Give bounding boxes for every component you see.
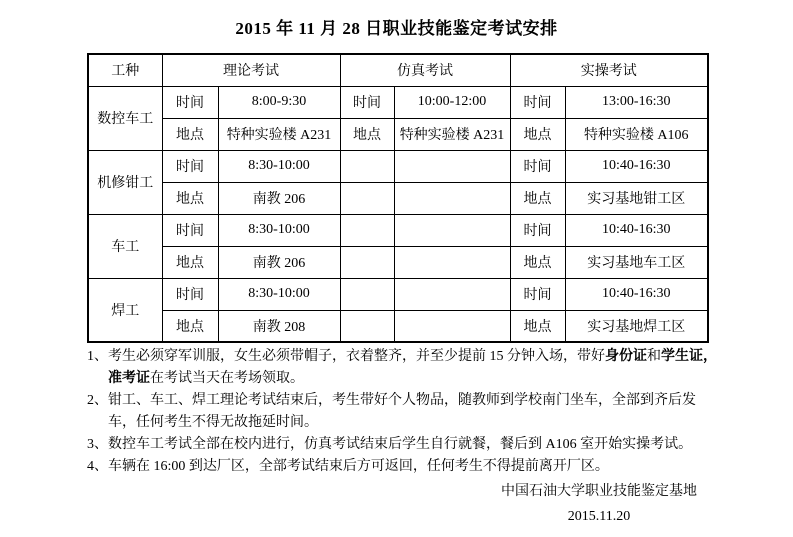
note-text: 和	[647, 349, 661, 364]
note-text: 在考试当天在考场领取。	[150, 371, 304, 386]
time-label: 时间	[340, 86, 394, 118]
exam-schedule-table: 工种 理论考试 仿真考试 实操考试 数控车工 时间 8:00-9:30 时间 1…	[87, 53, 709, 343]
practical-place-cell: 特种实验楼 A106	[565, 118, 708, 150]
header-practical-exam: 实操考试	[510, 54, 708, 86]
theory-place-cell: 南教 208	[218, 310, 340, 342]
simulation-place-cell	[394, 310, 510, 342]
note-item-4: 4、车辆在 16:00 到达厂区，全部考试结束后方可返回，任何考生不得提前离开厂…	[87, 456, 717, 478]
table-header-row: 工种 理论考试 仿真考试 实操考试	[88, 54, 708, 86]
time-label: 时间	[510, 278, 565, 310]
practical-place-cell: 实习基地钳工区	[565, 182, 708, 214]
time-label: 时间	[510, 86, 565, 118]
place-label: 地点	[510, 118, 565, 150]
time-label: 时间	[162, 150, 218, 182]
header-theory-exam: 理论考试	[162, 54, 340, 86]
note-text-bold: 身份证	[605, 349, 647, 364]
worker-type-cell: 焊工	[88, 278, 162, 342]
theory-time-cell: 8:30-10:00	[218, 214, 340, 246]
place-label: 地点	[162, 118, 218, 150]
place-label: 地点	[510, 246, 565, 278]
table-row: 车工 时间 8:30-10:00 时间 10:40-16:30	[88, 214, 708, 246]
simulation-place-cell	[394, 246, 510, 278]
theory-time-cell: 8:30-10:00	[218, 150, 340, 182]
practical-time-cell: 13:00-16:30	[565, 86, 708, 118]
header-simulation-exam: 仿真考试	[340, 54, 510, 86]
practical-time-cell: 10:40-16:30	[565, 214, 708, 246]
note-number: 4、	[87, 459, 108, 474]
simulation-time-label-empty	[340, 278, 394, 310]
note-item-1: 1、考生必须穿军训服，女生必须带帽子，衣着整齐，并至少提前 15 分钟入场，带好…	[87, 346, 717, 390]
place-label: 地点	[162, 310, 218, 342]
note-number: 3、	[87, 437, 108, 452]
simulation-place-label-empty	[340, 182, 394, 214]
theory-place-cell: 南教 206	[218, 182, 340, 214]
note-text: 数控车工考试全部在校内进行，仿真考试结束后学生自行就餐，餐后到 A106 室开始…	[108, 437, 692, 452]
table-row: 数控车工 时间 8:00-9:30 时间 10:00-12:00 时间 13:0…	[88, 86, 708, 118]
place-label: 地点	[340, 118, 394, 150]
simulation-place-label-empty	[340, 246, 394, 278]
time-label: 时间	[162, 278, 218, 310]
place-label: 地点	[162, 182, 218, 214]
document-page: 2015 年 11 月 28 日职业技能鉴定考试安排 工种 理论考试 仿真考试 …	[0, 0, 793, 537]
theory-time-cell: 8:30-10:00	[218, 278, 340, 310]
organization-name: 中国石油大学职业技能鉴定基地	[493, 479, 705, 504]
simulation-place-cell: 特种实验楼 A231	[394, 118, 510, 150]
table-row: 地点 特种实验楼 A231 地点 特种实验楼 A231 地点 特种实验楼 A10…	[88, 118, 708, 150]
worker-type-cell: 车工	[88, 214, 162, 278]
time-label: 时间	[510, 214, 565, 246]
note-item-3: 3、数控车工考试全部在校内进行，仿真考试结束后学生自行就餐，餐后到 A106 室…	[87, 434, 717, 456]
theory-place-cell: 特种实验楼 A231	[218, 118, 340, 150]
note-item-2: 2、钳工、车工、焊工理论考试结束后，考生带好个人物品，随教师到学校南门坐车，全部…	[87, 390, 717, 434]
place-label: 地点	[510, 310, 565, 342]
theory-place-cell: 南教 206	[218, 246, 340, 278]
place-label: 地点	[162, 246, 218, 278]
time-label: 时间	[162, 214, 218, 246]
simulation-time-cell: 10:00-12:00	[394, 86, 510, 118]
note-text: 钳工、车工、焊工理论考试结束后，考生带好个人物品，随教师到学校南门坐车，全部到齐…	[108, 393, 696, 430]
simulation-time-label-empty	[340, 150, 394, 182]
simulation-time-cell	[394, 278, 510, 310]
table-row: 地点 南教 206 地点 实习基地车工区	[88, 246, 708, 278]
practical-time-cell: 10:40-16:30	[565, 278, 708, 310]
header-worker-type: 工种	[88, 54, 162, 86]
place-label: 地点	[510, 182, 565, 214]
table-row: 机修钳工 时间 8:30-10:00 时间 10:40-16:30	[88, 150, 708, 182]
simulation-place-cell	[394, 182, 510, 214]
practical-place-cell: 实习基地车工区	[565, 246, 708, 278]
signature-block: 中国石油大学职业技能鉴定基地 2015.11.20	[493, 479, 705, 529]
table-row: 地点 南教 208 地点 实习基地焊工区	[88, 310, 708, 342]
theory-time-cell: 8:00-9:30	[218, 86, 340, 118]
simulation-time-cell	[394, 214, 510, 246]
note-number: 2、	[87, 393, 108, 408]
simulation-time-label-empty	[340, 214, 394, 246]
time-label: 时间	[162, 86, 218, 118]
signature-date: 2015.11.20	[493, 504, 705, 529]
note-text: 考生必须穿军训服，女生必须带帽子，衣着整齐，并至少提前 15 分钟入场，带好	[108, 349, 605, 364]
simulation-time-cell	[394, 150, 510, 182]
practical-time-cell: 10:40-16:30	[565, 150, 708, 182]
table-row: 焊工 时间 8:30-10:00 时间 10:40-16:30	[88, 278, 708, 310]
simulation-place-label-empty	[340, 310, 394, 342]
note-number: 1、	[87, 349, 108, 364]
worker-type-cell: 机修钳工	[88, 150, 162, 214]
worker-type-cell: 数控车工	[88, 86, 162, 150]
note-text: 车辆在 16:00 到达厂区，全部考试结束后方可返回，任何考生不得提前离开厂区。	[108, 459, 609, 474]
practical-place-cell: 实习基地焊工区	[565, 310, 708, 342]
notes-section: 1、考生必须穿军训服，女生必须带帽子，衣着整齐，并至少提前 15 分钟入场，带好…	[87, 346, 717, 478]
table-row: 地点 南教 206 地点 实习基地钳工区	[88, 182, 708, 214]
time-label: 时间	[510, 150, 565, 182]
page-title: 2015 年 11 月 28 日职业技能鉴定考试安排	[0, 14, 793, 39]
